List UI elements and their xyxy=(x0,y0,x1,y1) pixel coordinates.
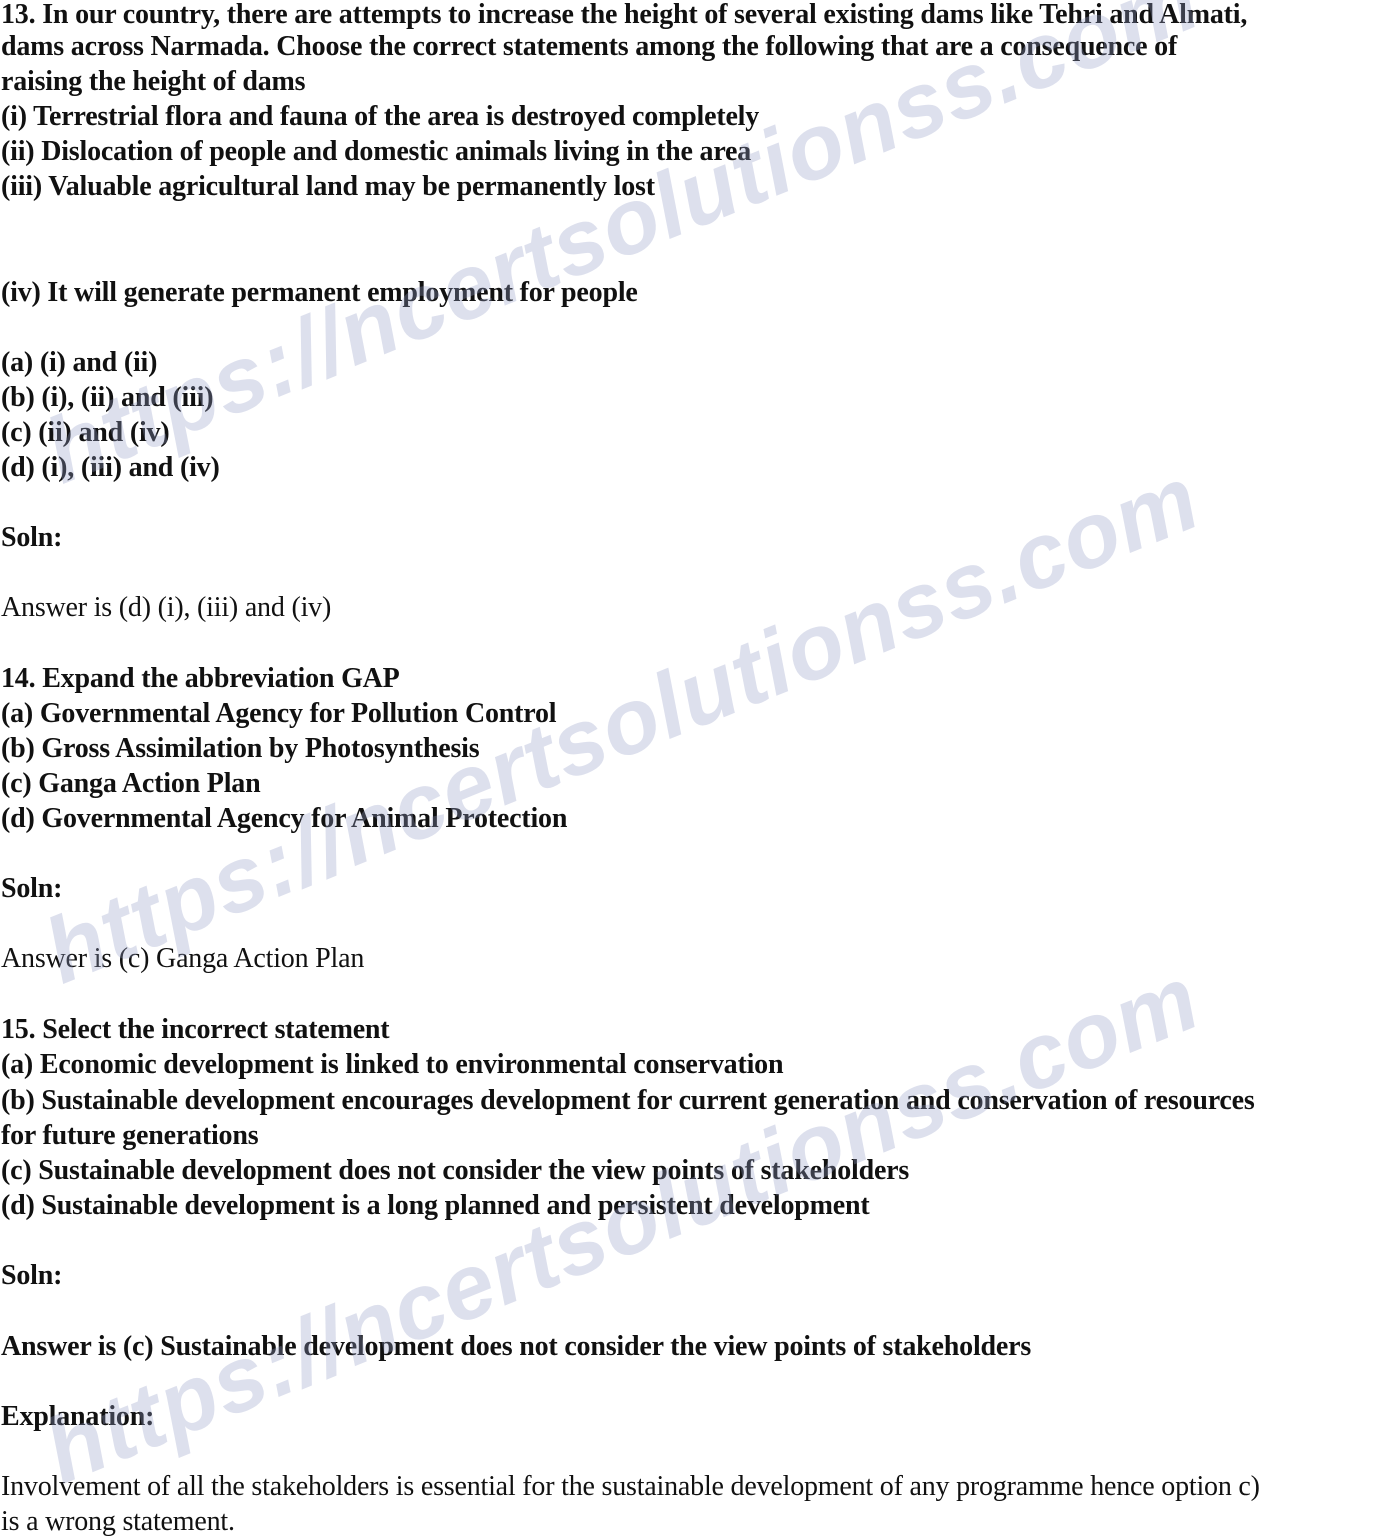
q13-option-c: (c) (ii) and (iv) xyxy=(1,415,169,450)
q13-question-line-1: 13. In our country, there are attempts t… xyxy=(1,0,1247,32)
q15-option-d: (d) Sustainable development is a long pl… xyxy=(1,1188,870,1223)
q14-option-d: (d) Governmental Agency for Animal Prote… xyxy=(1,801,567,836)
q14-question: 14. Expand the abbreviation GAP xyxy=(1,661,400,696)
q15-soln-label: Soln: xyxy=(1,1258,62,1293)
q14-option-a: (a) Governmental Agency for Pollution Co… xyxy=(1,696,556,731)
q13-statement-iv: (iv) It will generate permanent employme… xyxy=(1,275,638,310)
q13-soln-label: Soln: xyxy=(1,520,62,555)
q15-explanation-line-2: is a wrong statement. xyxy=(1,1504,235,1539)
q15-answer: Answer is (c) Sustainable development do… xyxy=(1,1329,1031,1364)
q13-question-line-2: dams across Narmada. Choose the correct … xyxy=(1,29,1177,64)
q15-option-c: (c) Sustainable development does not con… xyxy=(1,1153,909,1188)
q13-option-b: (b) (i), (ii) and (iii) xyxy=(1,380,213,415)
q13-option-a: (a) (i) and (ii) xyxy=(1,345,157,380)
q13-statement-i: (i) Terrestrial flora and fauna of the a… xyxy=(1,99,759,134)
q15-explanation-line-1: Involvement of all the stakeholders is e… xyxy=(1,1469,1260,1504)
q13-statement-ii: (ii) Dislocation of people and domestic … xyxy=(1,134,751,169)
q13-statement-iii: (iii) Valuable agricultural land may be … xyxy=(1,169,655,204)
q14-option-c: (c) Ganga Action Plan xyxy=(1,766,260,801)
q15-option-a: (a) Economic development is linked to en… xyxy=(1,1047,783,1082)
q15-question: 15. Select the incorrect statement xyxy=(1,1012,389,1047)
q15-explanation-label: Explanation: xyxy=(1,1399,154,1434)
q14-soln-label: Soln: xyxy=(1,871,62,906)
q15-option-b: (b) Sustainable development encourages d… xyxy=(1,1083,1255,1118)
q13-answer: Answer is (d) (i), (iii) and (iv) xyxy=(1,590,331,625)
q14-option-b: (b) Gross Assimilation by Photosynthesis xyxy=(1,731,479,766)
q13-question-line-3: raising the height of dams xyxy=(1,64,305,99)
q14-answer: Answer is (c) Ganga Action Plan xyxy=(1,941,364,976)
q15-option-b-continued: for future generations xyxy=(1,1118,258,1153)
q13-option-d: (d) (i), (iii) and (iv) xyxy=(1,450,220,485)
